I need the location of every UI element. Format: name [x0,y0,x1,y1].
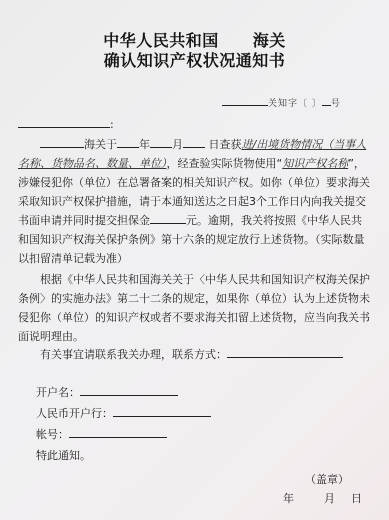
field-label: 帐号： [36,428,69,441]
closing-text: 特此通知。 [36,447,91,463]
contact-blank[interactable] [227,356,343,358]
doc-number-suffix: 号 [331,99,341,109]
recipient-line: : [18,118,114,131]
recipient-colon: : [110,118,114,131]
bank-blank[interactable] [113,415,211,417]
text: 海关于 [84,138,117,151]
doc-prefix-blank[interactable] [222,104,268,106]
date-day: 日 [351,490,362,506]
doc-number-label: 关知字〔 〕 [268,99,322,109]
title-line-2: 确认知识产权状况通知书 [0,48,389,71]
customs-name-blank[interactable] [40,146,84,148]
field-label: 人民币开户行： [36,407,113,420]
paragraph-contact: 有关事宜请联系我关办理，联系方式： [18,345,370,364]
account-name-blank[interactable] [80,394,178,396]
text: 有关事宜请联系我关办理，联系方式： [40,348,227,361]
text: 年 [139,138,150,151]
paragraph-legal-basis: 根据《中华人民共和国海关关于〈中华人民共和国知识产权海关保护条例〉的实施办法》第… [18,270,370,346]
seal-label: （盖章） [305,471,349,487]
paragraph-seizure-notice: 海关于年月 日查获进/出境货物情况（当事人名称、货物品名、数量、单位），经查验实… [18,135,370,268]
recipient-blank[interactable] [18,126,110,128]
doc-number-blank[interactable] [322,104,331,106]
month-blank[interactable] [150,146,172,148]
text: ，经查验实际货物使用“ [167,157,283,170]
deposit-amount-blank[interactable] [150,222,186,224]
date-line: 年月日 [283,490,362,506]
field-label: 开户名： [36,386,80,399]
field-rmb-bank: 人民币开户行： [36,405,211,421]
field-account-number: 帐号： [36,426,167,442]
text: 日查获 [205,138,242,151]
ip-name-placeholder[interactable]: 知识产权名称 [282,157,348,170]
day-blank[interactable] [183,146,205,148]
document-number: 关知字〔 〕号 [222,96,341,109]
text: 月 [172,138,183,151]
date-month: 月 [324,490,335,506]
field-account-name: 开户名： [36,384,178,400]
date-year: 年 [283,490,294,506]
text: 根据《中华人民共和国海关关于〈中华人民共和国知识产权海关保护条例〉的实施办法》第… [18,273,370,343]
account-number-blank[interactable] [69,436,167,438]
year-blank[interactable] [117,146,139,148]
